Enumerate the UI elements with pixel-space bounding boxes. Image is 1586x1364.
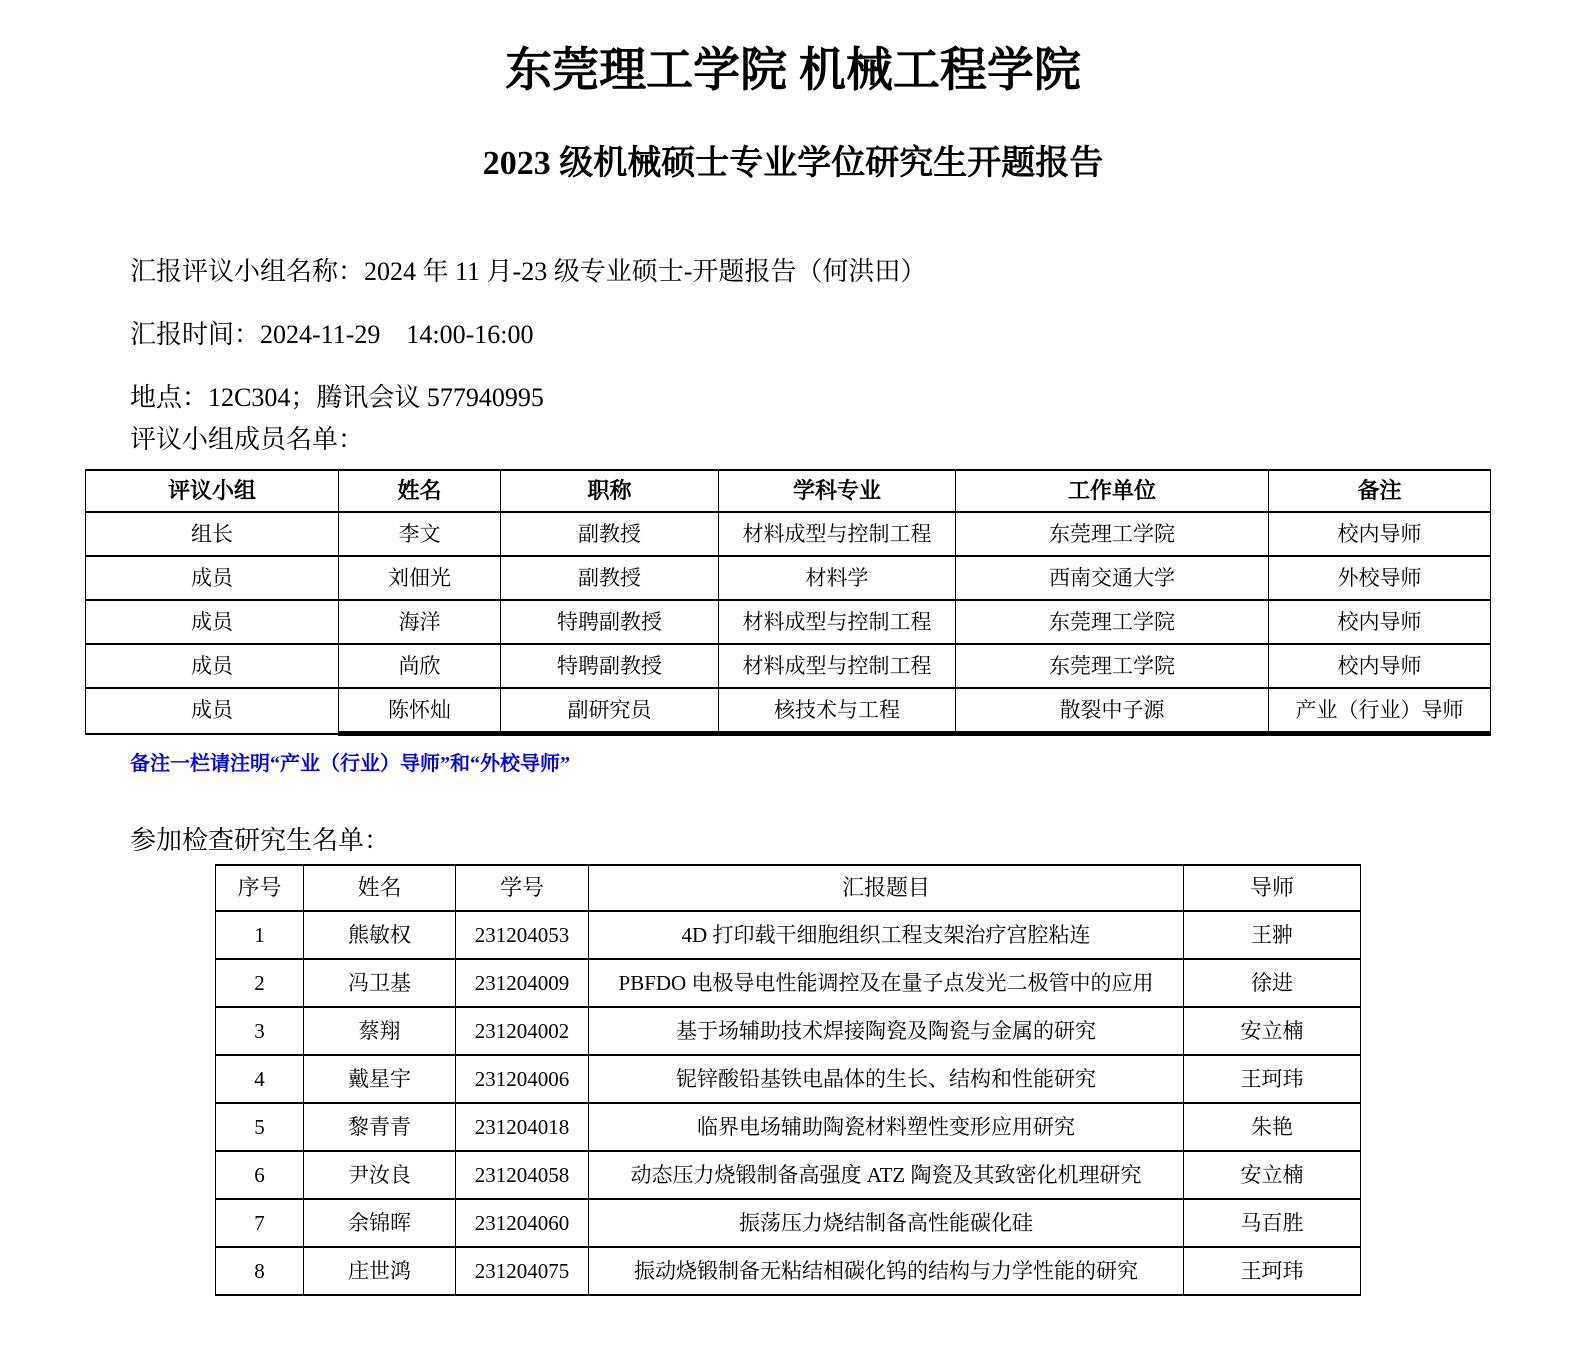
table-row: 8 庄世鸿 231204075 振动烧锻制备无粘结相碳化钨的结构与力学性能的研究… xyxy=(216,1247,1361,1295)
table-cell: 蔡翔 xyxy=(304,1007,456,1055)
column-header: 姓名 xyxy=(304,865,456,911)
table-cell: 外校导师 xyxy=(1269,556,1491,600)
column-header: 职称 xyxy=(501,470,719,512)
table-cell: 核技术与工程 xyxy=(719,688,956,734)
column-header: 学科专业 xyxy=(719,470,956,512)
column-header: 序号 xyxy=(216,865,304,911)
table-cell: 尹汝良 xyxy=(304,1151,456,1199)
table-row: 4 戴星宇 231204006 铌锌酸铅基铁电晶体的生长、结构和性能研究 王珂玮 xyxy=(216,1055,1361,1103)
table-cell: 王珂玮 xyxy=(1184,1055,1361,1103)
table-cell: 散裂中子源 xyxy=(956,688,1269,734)
info-value: 12C304；腾讯会议 577940995 xyxy=(208,383,544,412)
table-cell: 231204018 xyxy=(456,1103,589,1151)
column-header: 学号 xyxy=(456,865,589,911)
table-cell: PBFDO 电极导电性能调控及在量子点发光二极管中的应用 xyxy=(589,959,1184,1007)
column-header: 评议小组 xyxy=(86,470,339,512)
table-cell: 231204009 xyxy=(456,959,589,1007)
table-cell: 特聘副教授 xyxy=(501,644,719,688)
table-cell: 3 xyxy=(216,1007,304,1055)
document-page: 东莞理工学院 机械工程学院 2023 级机械硕士专业学位研究生开题报告 汇报评议… xyxy=(0,0,1586,1364)
table-cell: 庄世鸿 xyxy=(304,1247,456,1295)
table-row: 成员 刘佃光 副教授 材料学 西南交通大学 外校导师 xyxy=(86,556,1491,600)
table-row: 3 蔡翔 231204002 基于场辅助技术焊接陶瓷及陶瓷与金属的研究 安立楠 xyxy=(216,1007,1361,1055)
table-cell: 231204060 xyxy=(456,1199,589,1247)
table-cell: 西南交通大学 xyxy=(956,556,1269,600)
table-cell: 成员 xyxy=(86,556,339,600)
table-cell: 材料成型与控制工程 xyxy=(719,512,956,556)
info-label: 汇报评议小组名称： xyxy=(130,257,364,286)
table-cell: 材料学 xyxy=(719,556,956,600)
info-label: 地点： xyxy=(130,383,208,412)
column-header: 汇报题目 xyxy=(589,865,1184,911)
table-cell: 振荡压力烧结制备高性能碳化硅 xyxy=(589,1199,1184,1247)
table-cell: 5 xyxy=(216,1103,304,1151)
table-cell: 东莞理工学院 xyxy=(956,600,1269,644)
table-cell: 231204053 xyxy=(456,911,589,959)
table-row: 成员 尚欣 特聘副教授 材料成型与控制工程 东莞理工学院 校内导师 xyxy=(86,644,1491,688)
table-row: 2 冯卫基 231204009 PBFDO 电极导电性能调控及在量子点发光二极管… xyxy=(216,959,1361,1007)
students-section-label: 参加检查研究生名单： xyxy=(130,826,1586,856)
table-cell: 安立楠 xyxy=(1184,1151,1361,1199)
table-cell: 动态压力烧锻制备高强度 ATZ 陶瓷及其致密化机理研究 xyxy=(589,1151,1184,1199)
table-cell: 组长 xyxy=(86,512,339,556)
table-row: 成员 海洋 特聘副教授 材料成型与控制工程 东莞理工学院 校内导师 xyxy=(86,600,1491,644)
table-cell: 王翀 xyxy=(1184,911,1361,959)
column-header: 姓名 xyxy=(339,470,501,512)
table-cell: 熊敏权 xyxy=(304,911,456,959)
table-cell: 校内导师 xyxy=(1269,600,1491,644)
table-cell: 戴星宇 xyxy=(304,1055,456,1103)
table-cell: 刘佃光 xyxy=(339,556,501,600)
table-cell: 王珂玮 xyxy=(1184,1247,1361,1295)
table-cell: 产业（行业）导师 xyxy=(1269,688,1491,734)
table-cell: 副教授 xyxy=(501,556,719,600)
table-row: 1 熊敏权 231204053 4D 打印载干细胞组织工程支架治疗宫腔粘连 王翀 xyxy=(216,911,1361,959)
table-cell: 徐进 xyxy=(1184,959,1361,1007)
table-cell: 李文 xyxy=(339,512,501,556)
table-cell: 2 xyxy=(216,959,304,1007)
column-header: 导师 xyxy=(1184,865,1361,911)
committee-table: 评议小组 姓名 职称 学科专业 工作单位 备注 组长 李文 副教授 材料成型与控… xyxy=(85,469,1491,736)
table-cell: 副教授 xyxy=(501,512,719,556)
table-cell: 校内导师 xyxy=(1269,512,1491,556)
table-cell: 安立楠 xyxy=(1184,1007,1361,1055)
table-cell: 临界电场辅助陶瓷材料塑性变形应用研究 xyxy=(589,1103,1184,1151)
table-cell: 马百胜 xyxy=(1184,1199,1361,1247)
table-row: 组长 李文 副教授 材料成型与控制工程 东莞理工学院 校内导师 xyxy=(86,512,1491,556)
table-cell: 4D 打印载干细胞组织工程支架治疗宫腔粘连 xyxy=(589,911,1184,959)
table-cell: 余锦晖 xyxy=(304,1199,456,1247)
table-cell: 成员 xyxy=(86,600,339,644)
committee-header-row: 评议小组 姓名 职称 学科专业 工作单位 备注 xyxy=(86,470,1491,512)
table-cell: 8 xyxy=(216,1247,304,1295)
committee-note: 备注一栏请注明“产业（行业）导师”和“外校导师” xyxy=(130,752,1586,776)
table-cell: 材料成型与控制工程 xyxy=(719,644,956,688)
column-header: 备注 xyxy=(1269,470,1491,512)
table-cell: 7 xyxy=(216,1199,304,1247)
table-cell: 基于场辅助技术焊接陶瓷及陶瓷与金属的研究 xyxy=(589,1007,1184,1055)
table-cell: 陈怀灿 xyxy=(339,688,501,734)
table-row: 7 余锦晖 231204060 振荡压力烧结制备高性能碳化硅 马百胜 xyxy=(216,1199,1361,1247)
table-cell: 231204058 xyxy=(456,1151,589,1199)
table-cell: 黎青青 xyxy=(304,1103,456,1151)
table-row: 5 黎青青 231204018 临界电场辅助陶瓷材料塑性变形应用研究 朱艳 xyxy=(216,1103,1361,1151)
table-cell: 振动烧锻制备无粘结相碳化钨的结构与力学性能的研究 xyxy=(589,1247,1184,1295)
info-line-location: 地点：12C304；腾讯会议 577940995 xyxy=(130,383,1586,413)
committee-section-label: 评议小组成员名单： xyxy=(130,425,1586,455)
table-cell: 1 xyxy=(216,911,304,959)
students-header-row: 序号 姓名 学号 汇报题目 导师 xyxy=(216,865,1361,911)
page-title: 东莞理工学院 机械工程学院 xyxy=(0,0,1586,98)
students-table: 序号 姓名 学号 汇报题目 导师 1 熊敏权 231204053 4D 打印载干… xyxy=(215,864,1361,1296)
table-cell: 6 xyxy=(216,1151,304,1199)
table-cell: 成员 xyxy=(86,688,339,734)
table-cell: 特聘副教授 xyxy=(501,600,719,644)
table-cell: 朱艳 xyxy=(1184,1103,1361,1151)
table-cell: 副研究员 xyxy=(501,688,719,734)
meeting-info: 汇报评议小组名称：2024 年 11 月-23 级专业硕士-开题报告（何洪田） … xyxy=(130,257,1586,413)
table-cell: 尚欣 xyxy=(339,644,501,688)
table-cell: 东莞理工学院 xyxy=(956,644,1269,688)
info-line-group-name: 汇报评议小组名称：2024 年 11 月-23 级专业硕士-开题报告（何洪田） xyxy=(130,257,1586,287)
page-subtitle: 2023 级机械硕士专业学位研究生开题报告 xyxy=(0,144,1586,183)
table-cell: 231204006 xyxy=(456,1055,589,1103)
table-cell: 成员 xyxy=(86,644,339,688)
table-cell: 铌锌酸铅基铁电晶体的生长、结构和性能研究 xyxy=(589,1055,1184,1103)
info-line-time: 汇报时间：2024-11-29 14:00-16:00 xyxy=(130,320,1586,350)
table-cell: 东莞理工学院 xyxy=(956,512,1269,556)
table-cell: 4 xyxy=(216,1055,304,1103)
table-cell: 冯卫基 xyxy=(304,959,456,1007)
table-row: 成员 陈怀灿 副研究员 核技术与工程 散裂中子源 产业（行业）导师 xyxy=(86,688,1491,734)
table-cell: 校内导师 xyxy=(1269,644,1491,688)
column-header: 工作单位 xyxy=(956,470,1269,512)
table-cell: 海洋 xyxy=(339,600,501,644)
info-label: 汇报时间： xyxy=(130,320,260,349)
table-row: 6 尹汝良 231204058 动态压力烧锻制备高强度 ATZ 陶瓷及其致密化机… xyxy=(216,1151,1361,1199)
table-cell: 材料成型与控制工程 xyxy=(719,600,956,644)
info-value: 2024-11-29 14:00-16:00 xyxy=(260,320,533,349)
table-cell: 231204002 xyxy=(456,1007,589,1055)
info-value: 2024 年 11 月-23 级专业硕士-开题报告（何洪田） xyxy=(364,257,926,286)
table-cell: 231204075 xyxy=(456,1247,589,1295)
